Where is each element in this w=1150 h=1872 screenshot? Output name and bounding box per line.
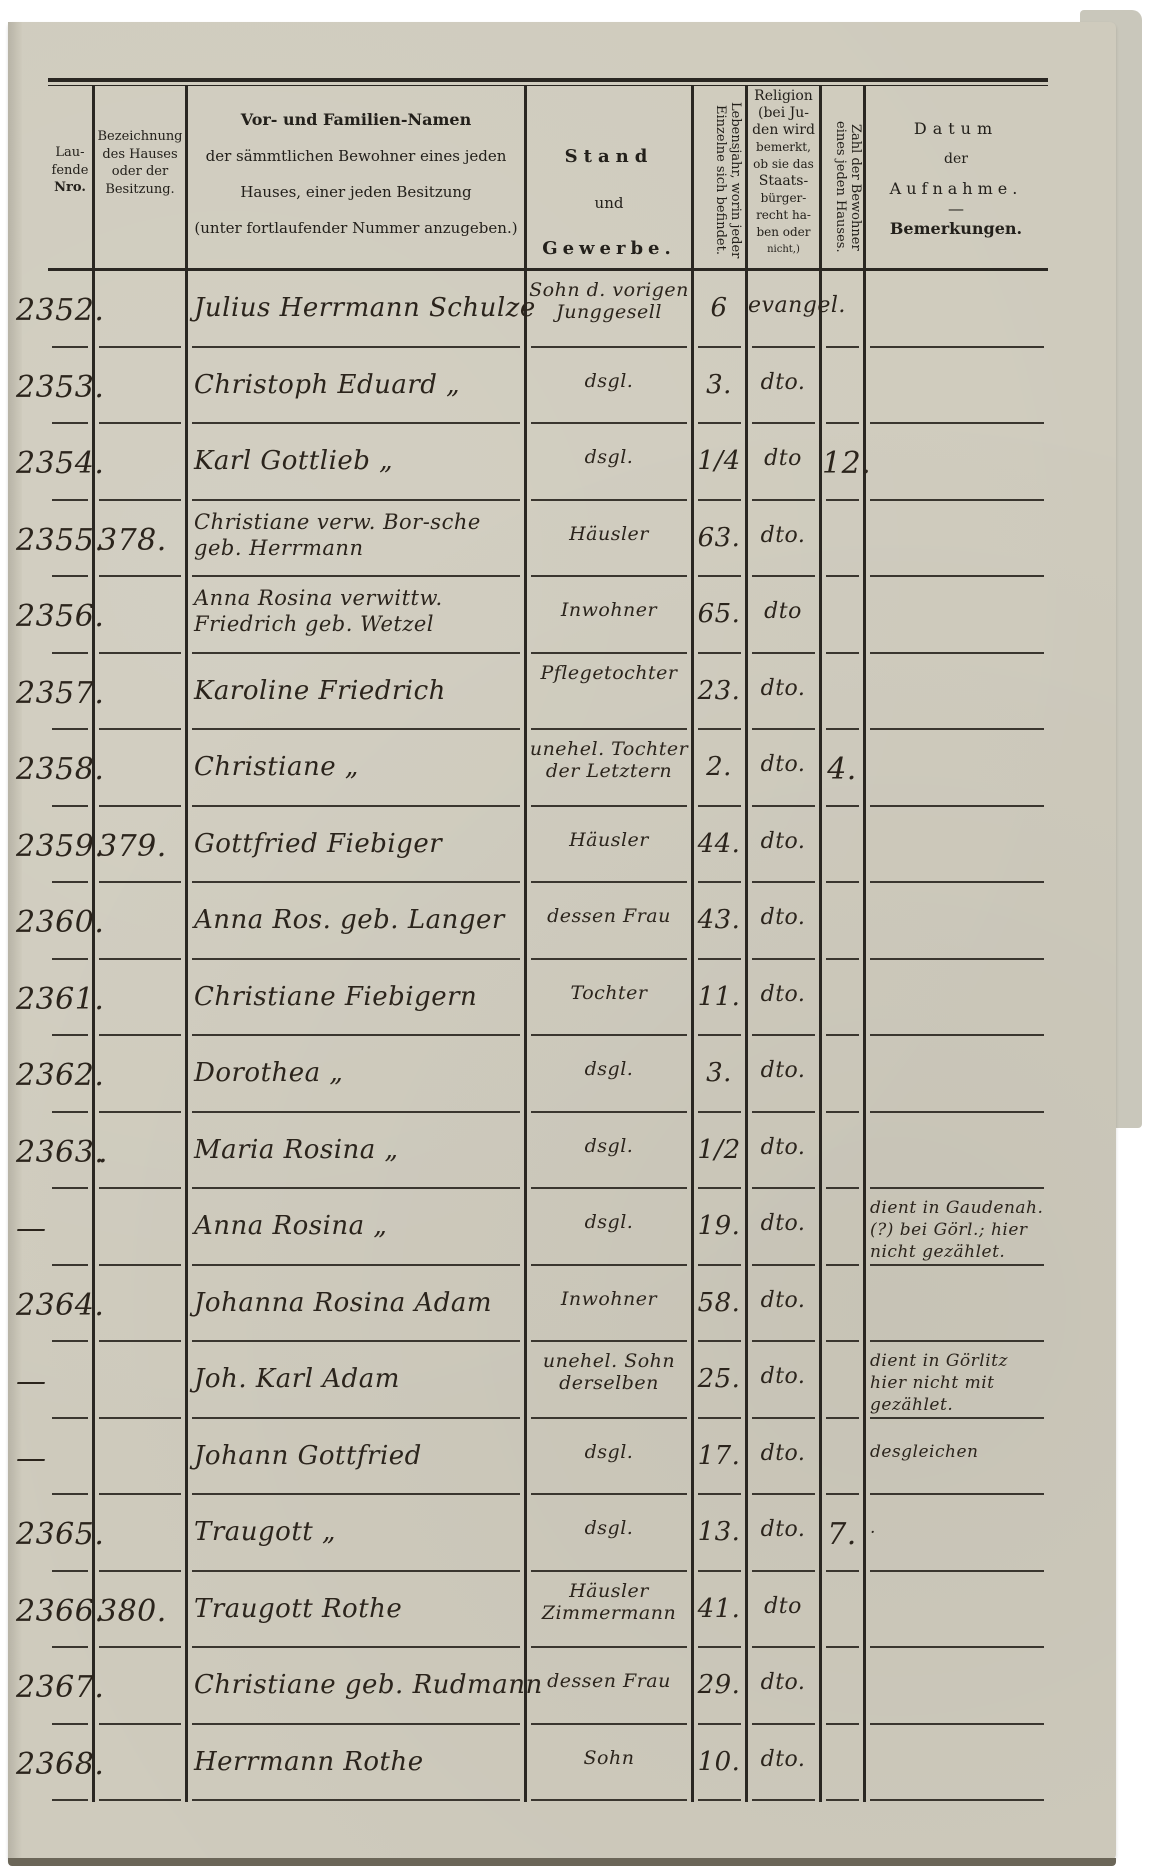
cell-name: Karl Gottlieb „: [194, 446, 522, 476]
cell-age: 19.: [694, 1211, 744, 1241]
cell-house: 379.: [98, 829, 184, 864]
header-text: Staats-: [748, 173, 819, 190]
cell-name: Traugott „: [194, 1517, 522, 1547]
cell-religion: dto.: [748, 829, 818, 854]
row-rule: [698, 1799, 741, 1801]
cell-religion: dto.: [748, 905, 818, 930]
cell-stand: dsgl.: [528, 1211, 690, 1233]
cell-age: 1/2: [694, 1135, 744, 1165]
header-text: Hauses, einer jeden Besitzung: [188, 174, 524, 210]
cell-stand: unehel. Sohn derselben: [528, 1350, 690, 1394]
cell-nr: 2368.: [16, 1747, 92, 1782]
cell-stand: dsgl.: [528, 1517, 690, 1539]
cell-name: Gottfried Fiebiger: [194, 829, 522, 859]
table-row: 2357.Karoline FriedrichPflegetochter23.d…: [8, 654, 1116, 731]
cell-nr: 2354.: [16, 446, 92, 481]
cell-age: 2.: [694, 752, 744, 782]
table-row: —Joh. Karl Adamunehel. Sohn derselben25.…: [8, 1342, 1116, 1419]
cell-age: 41.: [694, 1594, 744, 1624]
table-top-rule-thin: [48, 85, 1048, 86]
cell-nr: 2359.: [16, 829, 92, 864]
table-row: 2354.Karl Gottlieb „dsgl.1/4dto12.: [8, 424, 1116, 501]
cell-name: Maria Rosina „: [194, 1135, 522, 1165]
table-row: 2366.380.Traugott RotheHäusler Zimmerman…: [8, 1572, 1116, 1649]
header-text: ob sie das: [748, 156, 819, 173]
header-text: (bei Ju-: [748, 105, 819, 122]
cell-name: Christoph Eduard „: [194, 370, 522, 400]
header-religion: Religion (bei Ju- den wird bemerkt, ob s…: [748, 88, 819, 258]
cell-religion: dto.: [748, 982, 818, 1007]
header-text: der sämmtlichen Bewohner eines jeden: [188, 138, 524, 174]
table-row: 2358.Christiane „unehel. Tochter der Let…: [8, 730, 1116, 807]
cell-religion: dto.: [748, 1211, 818, 1236]
header-text: (unter fortlaufender Nummer anzugeben.): [188, 210, 524, 246]
cell-age: 3.: [694, 1058, 744, 1088]
cell-age: 10.: [694, 1747, 744, 1777]
table-row: 2360.Anna Ros. geb. Langerdessen Frau43.…: [8, 883, 1116, 960]
table-row: 2365.Traugott „dsgl.13.dto.7..: [8, 1495, 1116, 1572]
header-text: Nro.: [48, 179, 92, 197]
cell-name: Christiane geb. Rudmann: [194, 1670, 522, 1700]
cell-name: Anna Rosina verwittw. Friedrich geb. Wet…: [194, 585, 522, 637]
cell-name: Christiane verw. Bor-sche geb. Herrmann: [194, 509, 522, 561]
header-text: oder der: [95, 163, 185, 181]
cell-nr: 2352.: [16, 293, 92, 328]
row-rule: [192, 1799, 520, 1801]
cell-nr: —: [16, 1364, 92, 1399]
header-text: Zahl der Bewohner eines jeden Hauses.: [833, 121, 863, 253]
cell-age: 43.: [694, 905, 744, 935]
cell-age: 44.: [694, 829, 744, 859]
cell-name: Anna Ros. geb. Langer: [194, 905, 522, 935]
table-row: 2359.379.Gottfried FiebigerHäusler44.dto…: [8, 807, 1116, 884]
cell-house: .: [98, 1135, 184, 1170]
cell-religion: dto.: [748, 370, 818, 395]
cell-nr: 2366.: [16, 1594, 92, 1629]
cell-nr: 2360.: [16, 905, 92, 940]
cell-name: Anna Rosina „: [194, 1211, 522, 1241]
cell-age: 58.: [694, 1288, 744, 1318]
cell-name: Herrmann Rothe: [194, 1747, 522, 1777]
cell-count: 4.: [822, 752, 862, 787]
cell-stand: Sohn: [528, 1747, 690, 1769]
row-rule: [99, 1799, 181, 1801]
cell-nr: —: [16, 1441, 92, 1476]
cell-stand: Häusler Zimmermann: [528, 1580, 690, 1624]
cell-name: Karoline Friedrich: [194, 676, 522, 706]
cell-name: Johanna Rosina Adam: [194, 1288, 522, 1318]
cell-age: 1/4: [694, 446, 744, 476]
cell-stand: Häusler: [528, 829, 690, 851]
row-rule: [870, 1799, 1044, 1801]
cell-age: 29.: [694, 1670, 744, 1700]
cell-stand: dessen Frau: [528, 905, 690, 927]
cell-stand: Häusler: [528, 523, 690, 545]
cell-age: 3.: [694, 370, 744, 400]
cell-stand: unehel. Tochter der Letztern: [528, 738, 690, 782]
cell-religion: dto: [748, 446, 818, 471]
cell-religion: dto.: [748, 1364, 818, 1389]
cell-stand: Pflegetochter: [528, 662, 690, 684]
cell-remark: dient in Gaudenah. (?) bei Görl.; hier n…: [870, 1197, 1050, 1263]
header-text: Religion: [748, 88, 819, 105]
table-row: 2362.Dorothea „dsgl.3.dto.: [8, 1036, 1116, 1113]
cell-religion: dto.: [748, 1670, 818, 1695]
table-row: 2368.Herrmann RotheSohn10.dto.: [8, 1725, 1116, 1802]
cell-religion: dto.: [748, 1441, 818, 1466]
cell-nr: 2356.: [16, 599, 92, 634]
cell-religion: dto.: [748, 1058, 818, 1083]
header-text: —: [868, 204, 1044, 214]
cell-remark: desgleichen: [870, 1441, 1050, 1463]
header-count: Zahl der Bewohner eines jeden Hauses.: [822, 108, 862, 266]
cell-religion: dto.: [748, 676, 818, 701]
cell-nr: 2362.: [16, 1058, 92, 1093]
header-text: des Hauses: [95, 146, 185, 164]
header-text: Gewerbe.: [527, 226, 691, 272]
row-rule: [826, 1799, 859, 1801]
cell-house: 380.: [98, 1594, 184, 1629]
header-text: Lebensjahr, worin jeder Einzelne sich be…: [713, 102, 743, 258]
header-text: und: [527, 180, 691, 226]
header-text: Bemerkungen.: [868, 214, 1044, 244]
cell-religion: dto.: [748, 523, 818, 548]
cell-age: 23.: [694, 676, 744, 706]
header-names: Vor- und Familien-Namen der sämmtlichen …: [188, 102, 524, 246]
cell-name: Joh. Karl Adam: [194, 1364, 522, 1394]
cell-age: 17.: [694, 1441, 744, 1471]
cell-count: 12.: [822, 446, 862, 481]
register-page: Lau- fende Nro. Bezeichnung des Hauses o…: [8, 22, 1116, 1860]
cell-stand: dsgl.: [528, 1441, 690, 1463]
cell-nr: 2355.: [16, 523, 92, 558]
cell-age: 11.: [694, 982, 744, 1012]
header-text: Lau-: [48, 144, 92, 162]
cell-religion: evangel.: [748, 293, 818, 318]
header-text: ben oder: [748, 224, 819, 241]
cell-age: 13.: [694, 1517, 744, 1547]
header-stand: Stand und Gewerbe.: [527, 134, 691, 272]
cell-name: Dorothea „: [194, 1058, 522, 1088]
cell-stand: dsgl.: [528, 1135, 690, 1157]
table-row: —Johann Gottfrieddsgl.17.dto.desgleichen: [8, 1419, 1116, 1496]
cell-nr: 2364.: [16, 1288, 92, 1323]
header-text: bemerkt,: [748, 139, 819, 156]
header-date-remarks: Datum der Aufnahme. — Bemerkungen.: [868, 114, 1044, 244]
cell-stand: Inwohner: [528, 599, 690, 621]
cell-stand: Inwohner: [528, 1288, 690, 1310]
cell-age: 6: [694, 293, 744, 323]
cell-religion: dto.: [748, 1288, 818, 1313]
cell-remark: dient in Görlitz hier nicht mit gezählet…: [870, 1350, 1050, 1416]
header-text: Besitzung.: [95, 181, 185, 199]
table-row: 2356.Anna Rosina verwittw. Friedrich geb…: [8, 577, 1116, 654]
table-top-rule: [48, 78, 1048, 82]
header-text: Stand: [527, 134, 691, 180]
cell-religion: dto.: [748, 752, 818, 777]
cell-age: 65.: [694, 599, 744, 629]
header-text: Bezeichnung: [95, 128, 185, 146]
cell-religion: dto: [748, 1594, 818, 1619]
cell-name: Christiane Fiebigern: [194, 982, 522, 1012]
cell-stand: Tochter: [528, 982, 690, 1004]
cell-age: 25.: [694, 1364, 744, 1394]
cell-religion: dto.: [748, 1517, 818, 1542]
cell-nr: —: [16, 1211, 92, 1246]
row-rule: [531, 1799, 687, 1801]
header-text: nicht,): [748, 241, 819, 258]
cell-nr: 2363.: [16, 1135, 92, 1170]
cell-religion: dto.: [748, 1135, 818, 1160]
cell-age: 63.: [694, 523, 744, 553]
table-row: 2355.378.Christiane verw. Bor-sche geb. …: [8, 501, 1116, 578]
cell-religion: dto: [748, 599, 818, 624]
cell-religion: dto.: [748, 1747, 818, 1772]
cell-name: Johann Gottfried: [194, 1441, 522, 1471]
cell-nr: 2365.: [16, 1517, 92, 1552]
table-row: 2352.Julius Herrmann SchulzeSohn d. vori…: [8, 271, 1116, 348]
cell-name: Julius Herrmann Schulze: [194, 293, 522, 323]
header-text: der: [868, 144, 1044, 174]
cell-nr: 2361.: [16, 982, 92, 1017]
page-bottom-edge: [8, 1858, 1116, 1866]
header-text: den wird: [748, 122, 819, 139]
cell-remark: .: [870, 1517, 1050, 1539]
cell-stand: dessen Frau: [528, 1670, 690, 1692]
table-row: 2367.Christiane geb. Rudmanndessen Frau2…: [8, 1648, 1116, 1725]
cell-stand: dsgl.: [528, 446, 690, 468]
cell-stand: dsgl.: [528, 1058, 690, 1080]
cell-stand: Sohn d. vorigen Junggesell: [528, 279, 690, 323]
header-house: Bezeichnung des Hauses oder der Besitzun…: [95, 128, 185, 198]
header-text: fende: [48, 162, 92, 180]
table-row: 2361.Christiane FiebigernTochter11.dto.: [8, 960, 1116, 1037]
cell-nr: 2367.: [16, 1670, 92, 1705]
cell-nr: 2357.: [16, 676, 92, 711]
header-lfd-nr: Lau- fende Nro.: [48, 144, 92, 197]
cell-name: Traugott Rothe: [194, 1594, 522, 1624]
table-row: 2353.Christoph Eduard „dsgl.3.dto.: [8, 348, 1116, 425]
header-title: Vor- und Familien-Namen: [188, 102, 524, 138]
cell-house: 378.: [98, 523, 184, 558]
header-text: bürger-: [748, 190, 819, 207]
table-row: 2364.Johanna Rosina AdamInwohner58.dto.: [8, 1266, 1116, 1343]
cell-name: Christiane „: [194, 752, 522, 782]
table-row: —Anna Rosina „dsgl.19.dto.dient in Gaude…: [8, 1189, 1116, 1266]
row-rule: [752, 1799, 815, 1801]
cell-nr: 2353.: [16, 370, 92, 405]
header-text: recht ha-: [748, 207, 819, 224]
cell-count: 7.: [822, 1517, 862, 1552]
row-rule: [52, 1799, 88, 1801]
cell-stand: dsgl.: [528, 370, 690, 392]
table-row: 2363..Maria Rosina „dsgl.1/2dto.: [8, 1113, 1116, 1190]
header-age: Lebensjahr, worin jeder Einzelne sich be…: [698, 92, 742, 268]
header-text: Datum: [868, 114, 1044, 144]
cell-nr: 2358.: [16, 752, 92, 787]
